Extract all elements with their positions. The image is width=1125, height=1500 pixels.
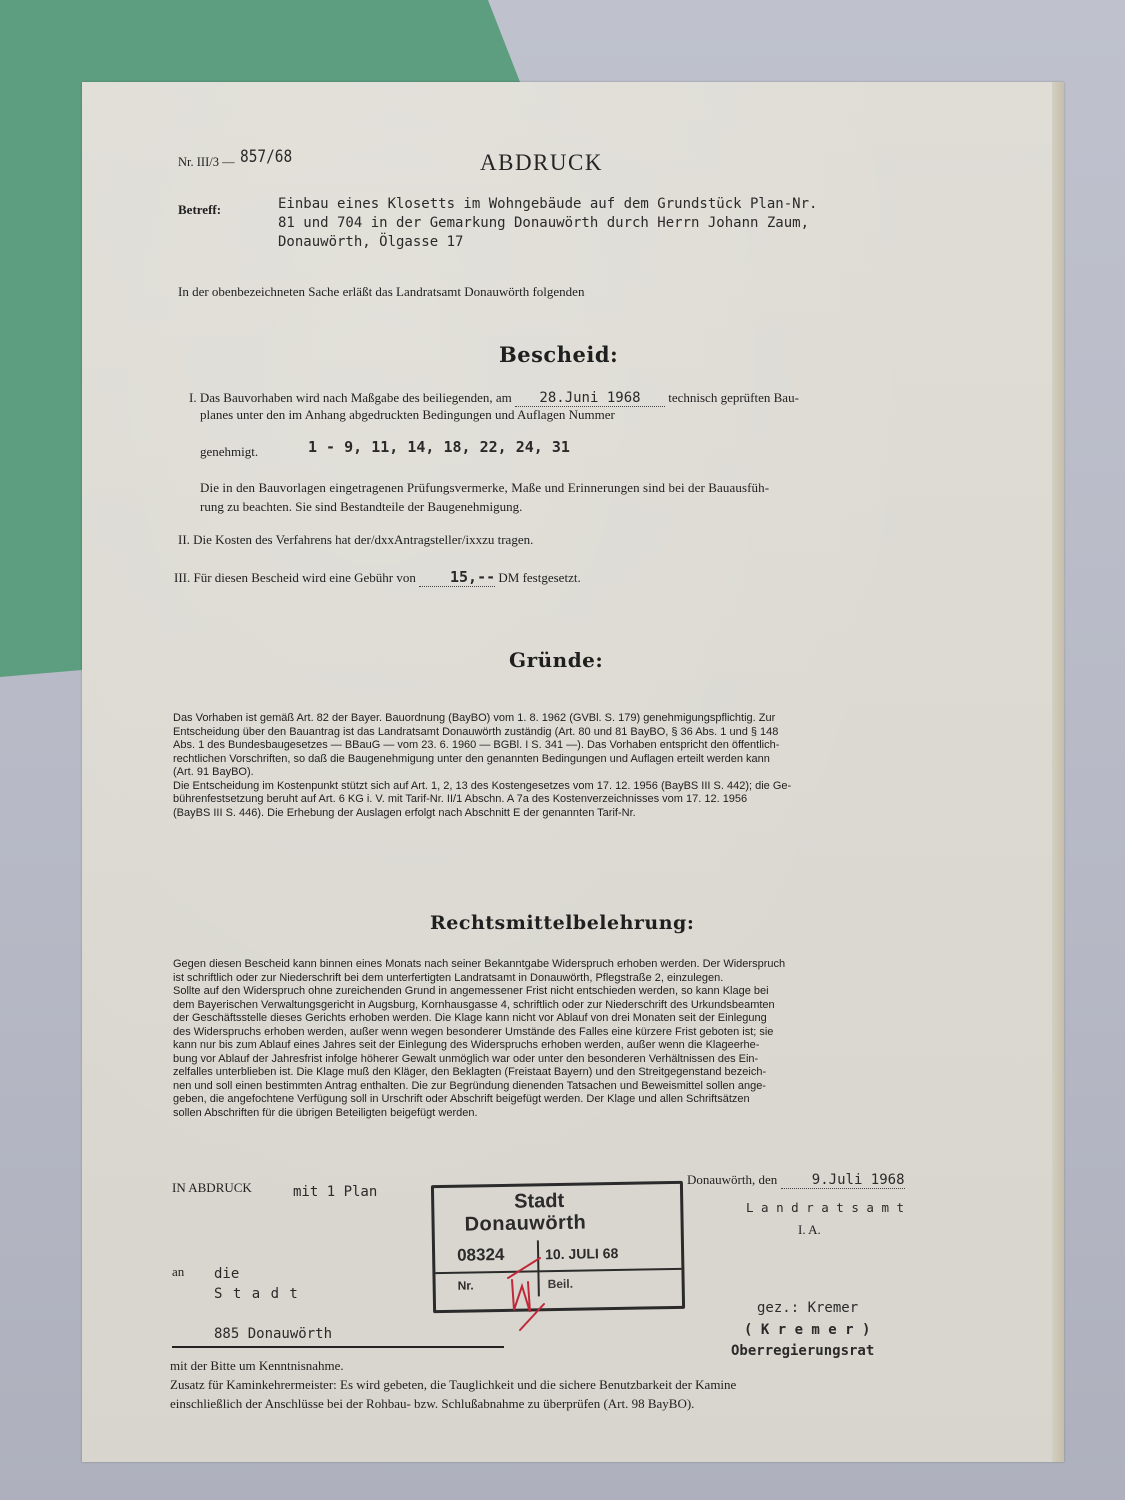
intro-text: In der obenbezeichneten Sache erläßt das… (178, 284, 584, 300)
gruende-body: Das Vorhaben ist gemäß Art. 82 der Bayer… (173, 712, 935, 820)
page-edge (1052, 82, 1064, 1462)
authority-name: L a n d r a t s a m t (746, 1200, 904, 1215)
place-date-prefix: Donauwörth, den (687, 1172, 777, 1187)
gruende-heading: Gründe: (509, 648, 603, 672)
file-ref-value: 857/68 (240, 147, 292, 167)
rechtsmittel-line: sollen Abschriften für die übrigen Betei… (173, 1107, 935, 1121)
fee-amount: 15,-- (419, 568, 495, 587)
gruende-line: (BayBS III S. 446). Die Erhebung der Aus… (173, 807, 935, 821)
bescheid-item-2: II. Die Kosten des Verfahrens hat der/dx… (178, 532, 533, 548)
bescheid-item-1-line-2: planes unter den im Anhang abgedruckten … (200, 407, 615, 423)
rechtsmittel-line: Sollte auf den Widerspruch ohne zureiche… (173, 985, 935, 999)
gruende-line: bührenfestsetzung beruht auf Art. 6 KG i… (173, 793, 935, 807)
item-3-prefix: III. Für diesen Bescheid wird eine Gebüh… (174, 570, 416, 585)
approved-conditions: 1 - 9, 11, 14, 18, 22, 24, 31 (308, 438, 570, 456)
subject-line-1: Einbau eines Klosetts im Wohngebäude auf… (278, 196, 817, 212)
gruende-line: Entscheidung über den Bauantrag ist das … (173, 726, 935, 740)
note-line-2: rung zu beachten. Sie sind Bestandteile … (200, 499, 522, 515)
gruende-line: Abs. 1 des Bundesbaugesetzes — BBauG — v… (173, 739, 935, 753)
rechtsmittel-body: Gegen diesen Bescheid kann binnen eines … (173, 958, 935, 1120)
rechtsmittel-line: geben, die angefochtene Verfügung soll i… (173, 1093, 935, 1107)
signer-title: Oberregierungsrat (731, 1343, 874, 1359)
signer-name: ( K r e m e r ) (744, 1322, 870, 1338)
approved-label: genehmigt. (200, 444, 258, 460)
item-1-prefix: I. Das Bauvorhaben wird nach Maßgabe des… (189, 390, 512, 405)
rechtsmittel-line: dem Bayerischen Verwaltungsgericht in Au… (173, 999, 935, 1013)
rechtsmittel-line: bung vor Ablauf der Jahresfrist infolge … (173, 1053, 935, 1067)
gruende-line: (Art. 91 BayBO). (173, 766, 935, 780)
rechtsmittel-heading: Rechtsmittelbelehrung: (430, 912, 694, 934)
item-1-suffix: technisch geprüften Bau- (668, 390, 799, 405)
signature-line: gez.: Kremer (757, 1300, 858, 1316)
on-behalf-label: I. A. (798, 1222, 821, 1238)
gruende-line: Das Vorhaben ist gemäß Art. 82 der Bayer… (173, 712, 935, 726)
stamp-nr-label: Nr. (458, 1278, 474, 1292)
stamp-line-1: Stadt (514, 1190, 564, 1214)
note-line-1: Die in den Bauvorlagen eingetragenen Prü… (200, 480, 769, 496)
item-3-suffix: DM festgesetzt. (498, 570, 580, 585)
stamp-line-2: Donauwörth (464, 1212, 586, 1237)
recipient-line-1: die (214, 1266, 239, 1282)
copy-label: IN ABDRUCK (172, 1180, 252, 1196)
plan-review-date: 28.Juni 1968 (515, 390, 665, 407)
rechtsmittel-line: zelfalles unterblieben ist. Die Klage mu… (173, 1066, 935, 1080)
bescheid-item-1: I. Das Bauvorhaben wird nach Maßgabe des… (189, 390, 799, 407)
rechtsmittel-line: ist schriftlich oder zur Niederschrift b… (173, 972, 935, 986)
stamp-number: 08324 (457, 1245, 505, 1266)
bescheid-heading: Bescheid: (499, 342, 618, 367)
subject-line-2: 81 und 704 in der Gemarkung Donauwörth d… (278, 215, 809, 231)
rechtsmittel-line: kann nur bis zum Ablauf eines Jahres sei… (173, 1039, 935, 1053)
subject-label: Betreff: (178, 202, 221, 218)
address-underline (172, 1346, 504, 1348)
recipient-line-2: S t a d t (214, 1286, 299, 1302)
handwritten-red-mark (500, 1252, 560, 1332)
to-label: an (172, 1264, 184, 1280)
issue-date: 9.Juli 1968 (781, 1172, 905, 1189)
gruende-line: rechtlichen Vorschriften, so daß die Bau… (173, 753, 935, 767)
bescheid-item-3: III. Für diesen Bescheid wird eine Gebüh… (174, 568, 581, 587)
addendum-line-2: einschließlich der Anschlüsse bei der Ro… (170, 1396, 694, 1412)
document-title: ABDRUCK (480, 150, 603, 176)
file-ref-label: Nr. III/3 — (178, 155, 235, 170)
copy-note: mit 1 Plan (293, 1184, 377, 1200)
rechtsmittel-line: Gegen diesen Bescheid kann binnen eines … (173, 958, 935, 972)
rechtsmittel-line: nen und soll einen bestimmten Antrag ent… (173, 1080, 935, 1094)
subject-line-3: Donauwörth, Ölgasse 17 (278, 234, 463, 250)
addendum-line-1: Zusatz für Kaminkehrermeister: Es wird g… (170, 1377, 736, 1393)
gruende-line: Die Entscheidung im Kostenpunkt stützt s… (173, 780, 935, 794)
recipient-line-4: 885 Donauwörth (214, 1326, 332, 1342)
request-note: mit der Bitte um Kenntnisnahme. (170, 1358, 344, 1374)
place-date: Donauwörth, den 9.Juli 1968 (687, 1172, 905, 1189)
rechtsmittel-line: des Widerspruchs erhoben werden, außer w… (173, 1026, 935, 1040)
rechtsmittel-line: der Geschäftsstelle dieses Gerichts erho… (173, 1012, 935, 1026)
